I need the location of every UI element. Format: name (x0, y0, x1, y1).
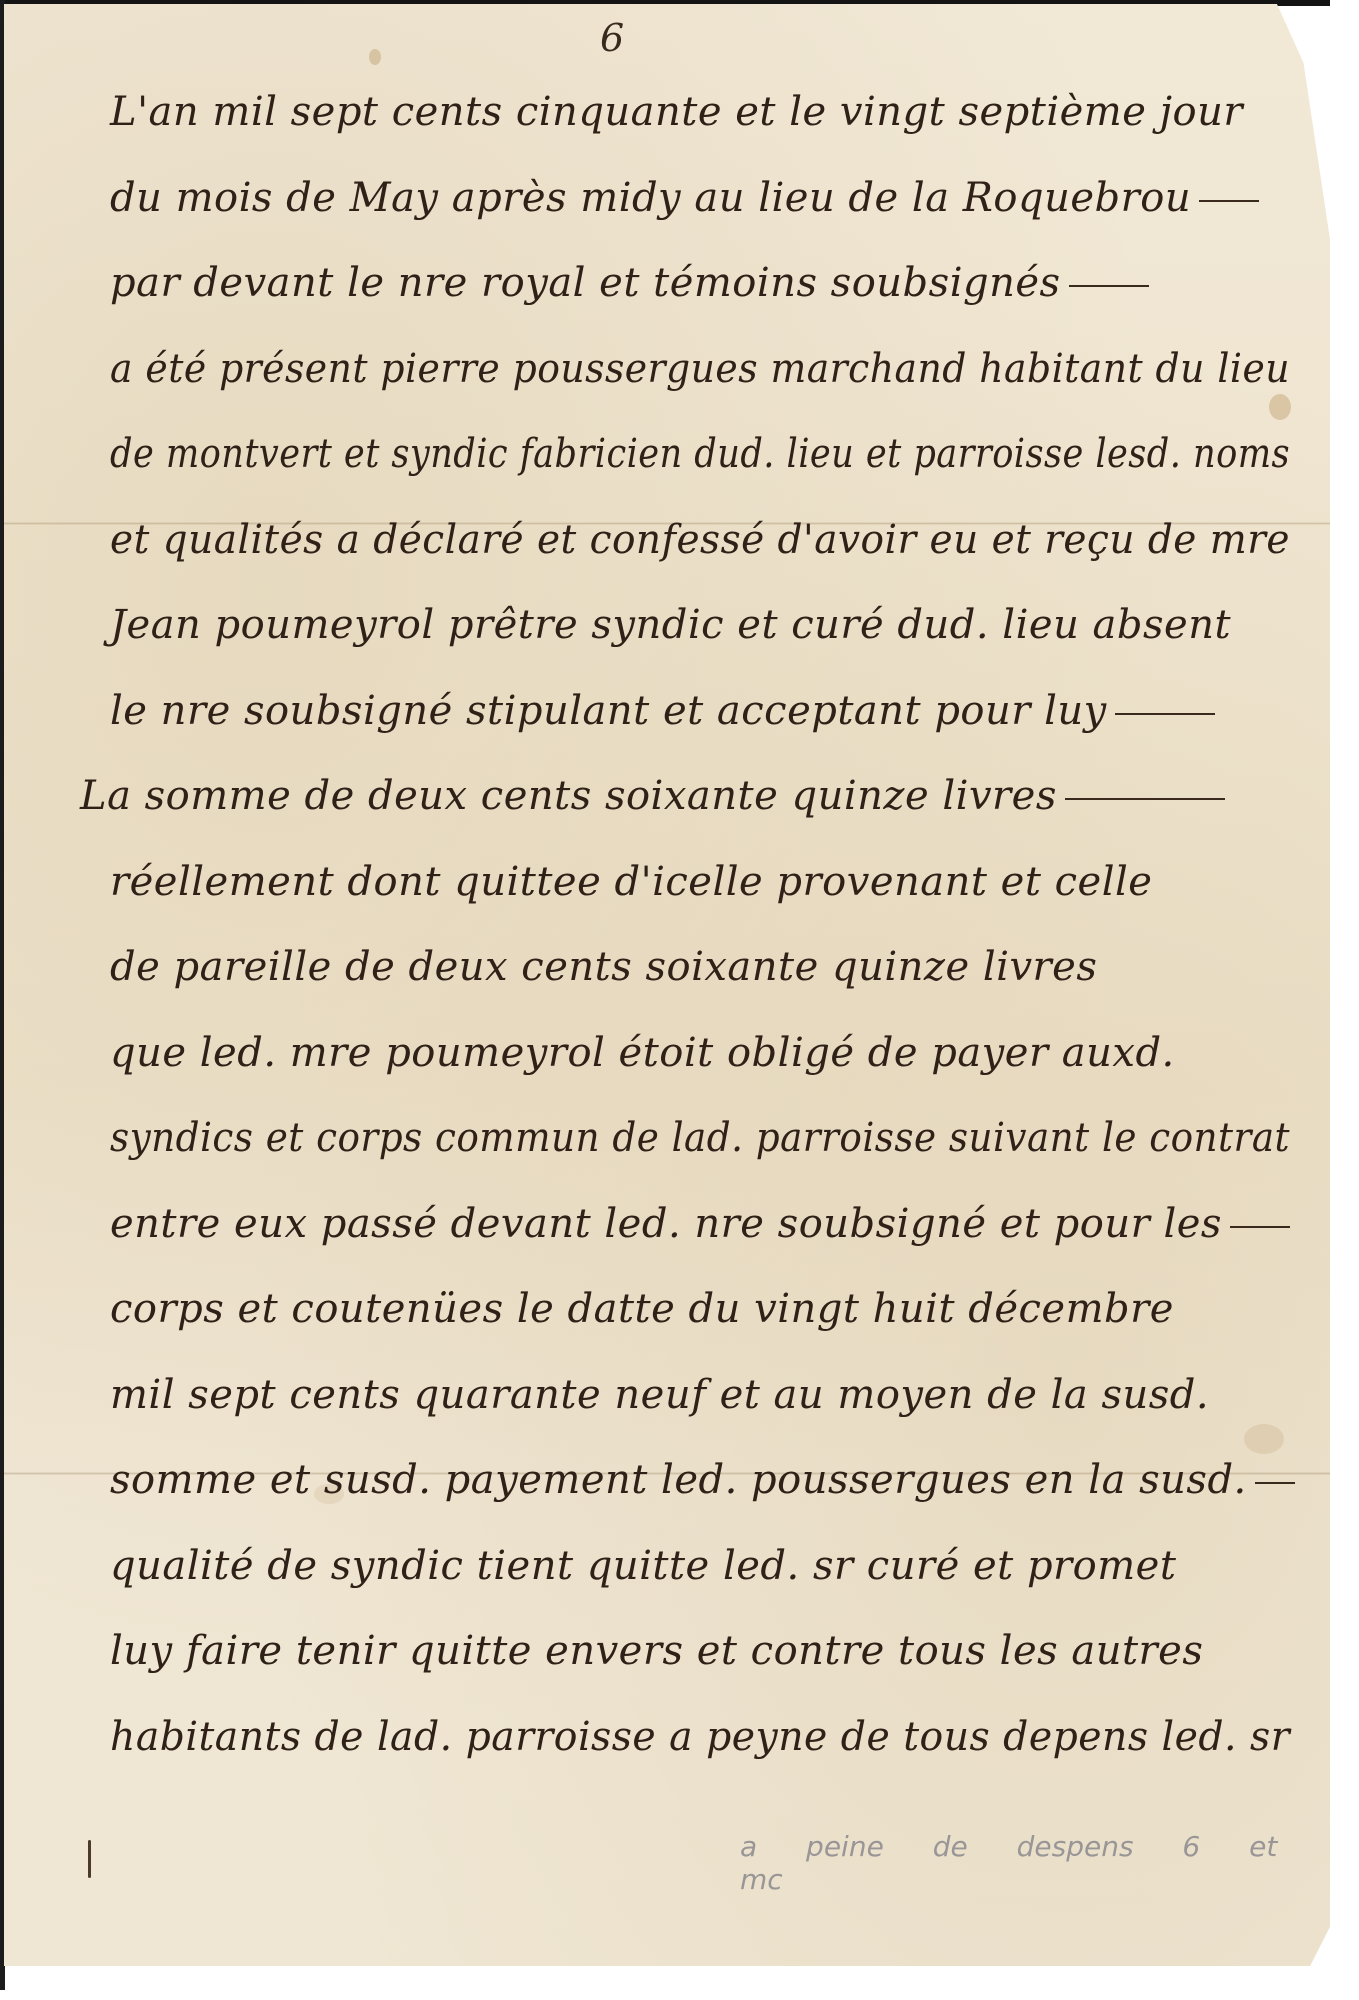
text-line: luy faire tenir quitte envers et contre … (80, 1609, 1310, 1695)
text-line: entre eux passé devant led. nre soubsign… (80, 1182, 1310, 1268)
text-line: de pareille de deux cents soixante quinz… (80, 925, 1310, 1011)
text-line: habitants de lad. parroisse a peyne de t… (80, 1695, 1310, 1781)
line-filler-stroke (1230, 1226, 1290, 1228)
text-line: du mois de May après midy au lieu de la … (80, 156, 1310, 242)
text-line: le nre soubsigné stipulant et acceptant … (80, 669, 1310, 755)
page-number: 6 (600, 16, 624, 60)
line-filler-stroke (1115, 713, 1215, 715)
handwritten-text-body: L'an mil sept cents cinquante et le ving… (80, 70, 1310, 1780)
text-line: que led. mre poumeyrol étoit obligé de p… (80, 1011, 1310, 1097)
text-line: somme et susd. payement led. poussergues… (80, 1438, 1310, 1524)
foxing-stain (369, 49, 381, 65)
text-line: et qualités a déclaré et confessé d'avoi… (80, 498, 1310, 584)
line-filler-stroke (1199, 200, 1259, 202)
text-line: a été présent pierre poussergues marchan… (80, 327, 1310, 413)
text-line: qualité de syndic tient quitte led. sr c… (80, 1524, 1310, 1610)
margin-mark (88, 1840, 91, 1878)
text-line: corps et coutenües le datte du vingt hui… (80, 1267, 1310, 1353)
text-line: réellement dont quittee d'icelle provena… (80, 840, 1310, 926)
pencil-annotation: a peine de despens 6 et mc (740, 1830, 1359, 1896)
line-filler-stroke (1255, 1482, 1295, 1484)
text-line: de montvert et syndic fabricien dud. lie… (80, 412, 1310, 498)
line-filler-stroke (1069, 285, 1149, 287)
text-line: mil sept cents quarante neuf et au moyen… (80, 1353, 1310, 1439)
line-filler-stroke (1065, 798, 1225, 800)
text-line: Jean poumeyrol prêtre syndic et curé dud… (80, 583, 1310, 669)
text-line: La somme de deux cents soixante quinze l… (80, 754, 1310, 840)
text-line: par devant le nre royal et témoins soubs… (80, 241, 1310, 327)
text-line: L'an mil sept cents cinquante et le ving… (80, 70, 1310, 156)
scan-background (1330, 0, 1359, 2000)
text-line: syndics et corps commun de lad. parroiss… (80, 1096, 1310, 1182)
